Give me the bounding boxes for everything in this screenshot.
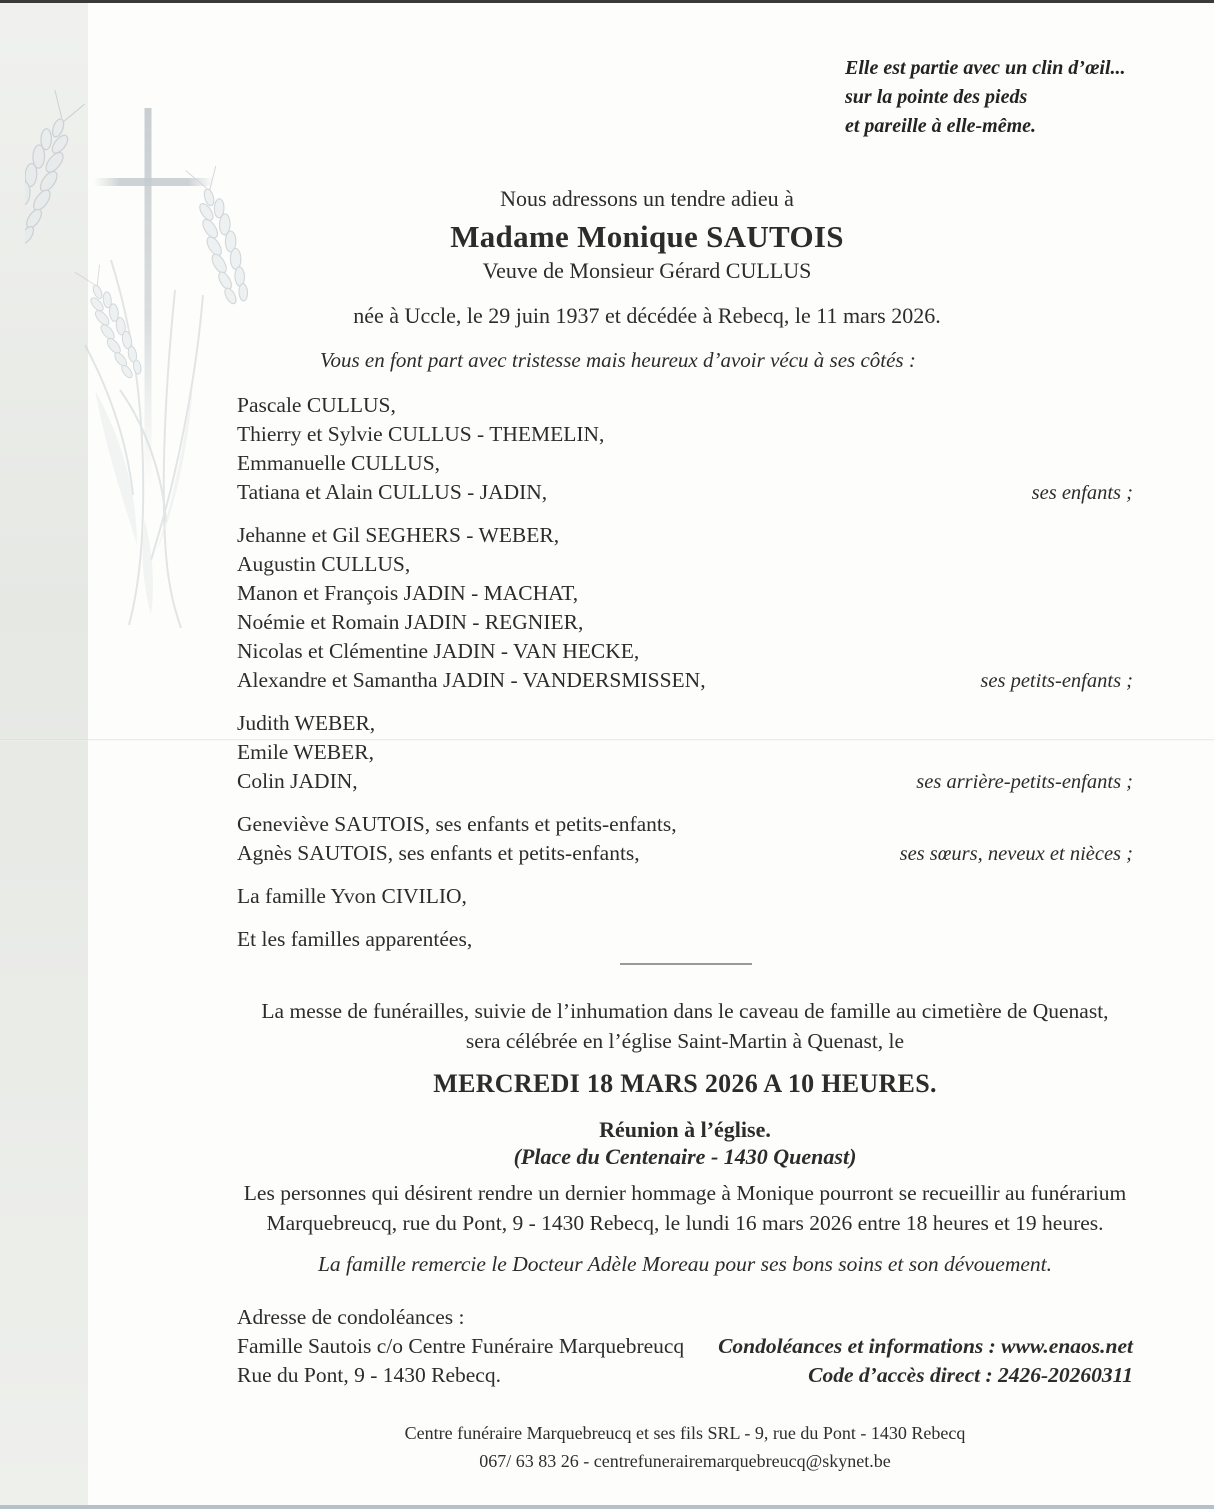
ceremony-line-2: sera célébrée en l’église Saint-Martin à… [147,1026,1214,1056]
family-group-grandchildren: Jehanne et Gil SEGHERS - WEBER, Augustin… [237,521,1133,695]
family-group-civilio: La famille Yvon CIVILIO, [237,882,1133,911]
thanks-line: La famille remercie le Docteur Adèle Mor… [147,1252,1214,1277]
family-member: Geneviève SAUTOIS, ses enfants et petits… [237,810,1133,839]
ceremony-block: La messe de funérailles, suivie de l’inh… [147,996,1214,1170]
family-list: Pascale CULLUS, Thierry et Sylvie CULLUS… [237,391,1133,968]
relation-label-great-grandchildren: ses arrière-petits-enfants ; [916,768,1133,797]
announcement-line: Vous en font part avec tristesse mais he… [320,348,916,373]
deceased-name: Madame Monique SAUTOIS [107,219,1187,255]
online-info-line: Condoléances et informations : www.enaos… [718,1332,1133,1361]
ceremony-line-1: La messe de funérailles, suivie de l’inh… [147,996,1214,1026]
family-member: Noémie et Romain JADIN - REGNIER, [237,608,1133,637]
scan-top-edge [0,0,1214,3]
epigraph-line-2: sur la pointe des pieds [845,83,1126,112]
family-member: Judith WEBER, [237,709,1133,738]
family-member: Jehanne et Gil SEGHERS - WEBER, [237,521,1133,550]
family-group-children: Pascale CULLUS, Thierry et Sylvie CULLUS… [237,391,1133,507]
family-group-sisters: Geneviève SAUTOIS, ses enfants et petits… [237,810,1133,868]
family-member: Alexandre et Samantha JADIN - VANDERSMIS… [237,666,1133,695]
family-group-great-grandchildren: Judith WEBER, Emile WEBER, Colin JADIN, … [237,709,1133,796]
ceremony-date: MERCREDI 18 MARS 2026 A 10 HEURES. [147,1069,1214,1099]
visitation-line-1: Les personnes qui désirent rendre un der… [147,1179,1214,1209]
visitation-line-2: Marquebreucq, rue du Pont, 9 - 1430 Rebe… [147,1209,1214,1239]
family-member: Manon et François JADIN - MACHAT, [237,579,1133,608]
family-group-related: Et les familles apparentées, [237,925,1133,954]
relation-label-grandchildren: ses petits-enfants ; [980,667,1133,696]
access-code-line: Code d’accès direct : 2426-20260311 [718,1361,1133,1390]
funeral-home-footer: Centre funéraire Marquebreucq et ses fil… [147,1420,1214,1475]
epigraph-line-1: Elle est partie avec un clin d’œil... [845,54,1126,83]
condolence-address-title: Adresse de condoléances : [237,1303,1133,1332]
relation-label-children: ses enfants ; [1032,479,1133,508]
family-member: Et les familles apparentées, [237,925,1133,954]
ceremony-meeting: Réunion à l’église. [147,1115,1214,1144]
epigraph: Elle est partie avec un clin d’œil... su… [845,54,1126,141]
section-divider [620,963,752,965]
cross-and-wheat-icon [25,90,265,630]
obituary-page: Elle est partie avec un clin d’œil... su… [0,0,1214,1509]
ceremony-address: (Place du Centenaire - 1430 Quenast) [147,1144,1214,1170]
family-member: Colin JADIN, ses arrière-petits-enfants … [237,767,1133,796]
online-condolences: Condoléances et informations : www.enaos… [718,1332,1133,1390]
family-member: Augustin CULLUS, [237,550,1133,579]
header-block: Nous adressons un tendre adieu à Madame … [107,186,1187,329]
family-member: Emile WEBER, [237,738,1133,767]
family-member: Emmanuelle CULLUS, [237,449,1133,478]
family-member: Pascale CULLUS, [237,391,1133,420]
family-member: Tatiana et Alain CULLUS - JADIN, ses enf… [237,478,1133,507]
memorial-intro: Nous adressons un tendre adieu à [107,186,1187,212]
visitation-block: Les personnes qui désirent rendre un der… [147,1179,1214,1238]
family-member: Nicolas et Clémentine JADIN - VAN HECKE, [237,637,1133,666]
condolences-block: Adresse de condoléances : Famille Sautoi… [237,1303,1133,1390]
epigraph-line-3: et pareille à elle-même. [845,112,1126,141]
footer-line-1: Centre funéraire Marquebreucq et ses fil… [147,1420,1214,1448]
family-member: Thierry et Sylvie CULLUS - THEMELIN, [237,420,1133,449]
scan-bottom-edge [0,1505,1214,1509]
life-dates: née à Uccle, le 29 juin 1937 et décédée … [107,303,1187,329]
widow-of-line: Veuve de Monsieur Gérard CULLUS [107,258,1187,284]
relation-label-sisters: ses sœurs, neveux et nièces ; [900,840,1133,869]
footer-line-2: 067/ 63 83 26 - centrefunerairemarquebre… [147,1448,1214,1476]
family-member: La famille Yvon CIVILIO, [237,882,1133,911]
family-member: Agnès SAUTOIS, ses enfants et petits-enf… [237,839,1133,868]
